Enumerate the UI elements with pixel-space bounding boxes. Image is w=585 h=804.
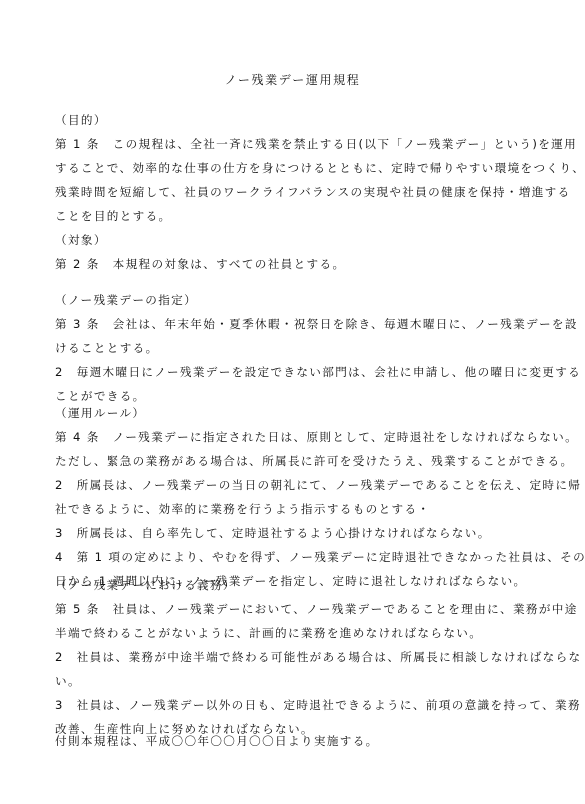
- article-3-line-3: 2 毎週木曜日にノー残業デーを設定できない部門は、会社に申請し、他の曜日に変更す…: [55, 364, 535, 380]
- article-4-line-2: ただし、緊急の業務がある場合は、所属長に許可を受けたうえ、残業することができる。: [55, 453, 535, 469]
- article-3-line-4: ことができる。: [55, 388, 535, 404]
- article-1-line-3: 残業時間を短縮して、社員のワークライフバランスの実現や社員の健康を保持・増進する: [55, 184, 535, 200]
- article-4-line-6: 4 第 1 項の定めにより、やむを得ず、ノー残業デーに定時退社できなかった社員は…: [55, 549, 535, 565]
- article-2-line-1: 第 2 条 本規程の対象は、すべての社員とする。: [55, 256, 535, 272]
- document-page: ノー残業デー運用規程 （目的） 第 1 条 この規程は、全社一斉に残業を禁止する…: [0, 0, 585, 804]
- section-heading-purpose: （目的）: [55, 112, 535, 128]
- document-title: ノー残業デー運用規程: [0, 72, 585, 88]
- section-heading-scope: （対象）: [55, 232, 535, 248]
- section-heading-rules: （運用ルール）: [55, 405, 535, 421]
- article-5-line-4: い。: [55, 673, 535, 689]
- article-3-line-1: 第 3 条 会社は、年末年始・夏季休暇・祝祭日を除き、毎週木曜日に、ノー残業デー…: [55, 316, 535, 332]
- article-3-line-2: けることとする。: [55, 340, 535, 356]
- section-heading-designation: （ノー残業デーの指定）: [55, 292, 535, 308]
- section-heading-obligations: （ノー残業デーにおける義務）: [55, 577, 535, 593]
- article-4-line-1: 第 4 条 ノー残業デーに指定された日は、原則として、定時退社をしなければならな…: [55, 429, 535, 445]
- article-1-line-4: ことを目的とする。: [55, 208, 535, 224]
- article-4-line-3: 2 所属長は、ノー残業デーの当日の朝礼にて、ノー残業デーであることを伝え、定時に…: [55, 477, 535, 493]
- supplementary-provision: 付則本規程は、平成〇〇年〇〇月〇〇日より実施する。: [55, 733, 535, 749]
- article-5-line-2: 半端で終わることがないように、計画的に業務を進めなければならない。: [55, 625, 535, 641]
- article-1-line-2: することで、効率的な仕事の仕方を身につけるとともに、定時で帰りやすい環境をつくり…: [55, 160, 535, 176]
- article-4-line-5: 3 所属長は、自ら率先して、定時退社するよう心掛けなければならない。: [55, 525, 535, 541]
- article-4-line-4: 社できるように、効率的に業務を行うよう指示するものとする・: [55, 501, 535, 517]
- article-5-line-3: 2 社員は、業務が中途半端で終わる可能性がある場合は、所属長に相談しなければなら…: [55, 649, 535, 665]
- article-5-line-5: 3 社員は、ノー残業デー以外の日も、定時退社できるように、前項の意識を持って、業…: [55, 697, 535, 713]
- article-5-line-1: 第 5 条 社員は、ノー残業デーにおいて、ノー残業デーであることを理由に、業務が…: [55, 601, 535, 617]
- article-1-line-1: 第 1 条 この規程は、全社一斉に残業を禁止する日(以下「ノー残業デー」という)…: [55, 136, 535, 152]
